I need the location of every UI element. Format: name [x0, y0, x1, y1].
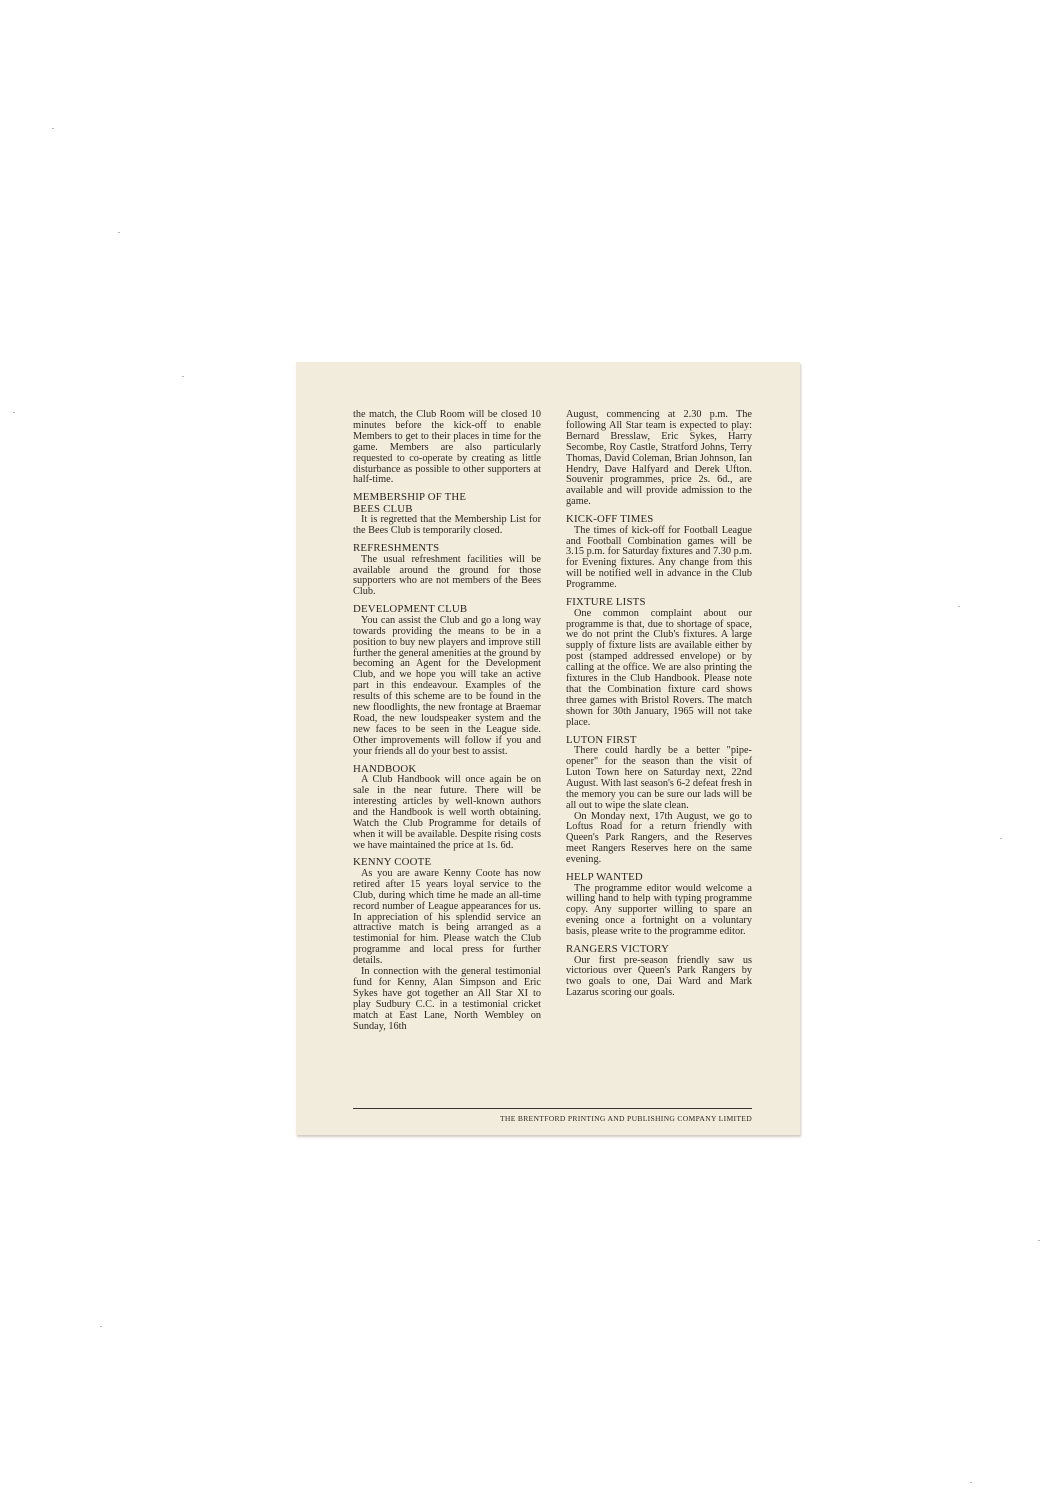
section-heading: HELP WANTED — [566, 872, 752, 884]
section-kick-off-times: KICK-OFF TIMES The times of kick-off for… — [566, 514, 752, 591]
dust-speck — [970, 1482, 972, 1483]
section-heading: FIXTURE LISTS — [566, 597, 752, 609]
section-paragraph: The programme editor would welcome a wil… — [566, 884, 752, 939]
section-paragraph: On Monday next, 17th August, we go to Lo… — [566, 812, 752, 867]
section-handbook: HANDBOOK A Club Handbook will once again… — [353, 764, 541, 852]
section-membership: MEMBERSHIP OF THE BEES CLUB It is regret… — [353, 492, 541, 537]
left-column: the match, the Club Room will be closed … — [353, 410, 541, 1033]
section-paragraph: As you are aware Kenny Coote has now ret… — [353, 869, 541, 967]
section-paragraph: There could hardly be a better "pipe-ope… — [566, 746, 752, 811]
dust-speck — [118, 232, 120, 233]
section-heading: KICK-OFF TIMES — [566, 514, 752, 526]
section-help-wanted: HELP WANTED The programme editor would w… — [566, 872, 752, 938]
heading-line: MEMBERSHIP OF THE — [353, 491, 466, 503]
dust-speck — [958, 606, 960, 607]
section-rangers-victory: RANGERS VICTORY Our first pre-season fri… — [566, 944, 752, 999]
dust-speck — [1038, 1240, 1040, 1241]
continued-text: the match, the Club Room will be closed … — [353, 410, 541, 486]
dust-speck — [100, 1326, 102, 1327]
right-column: August, commencing at 2.30 p.m. The foll… — [566, 410, 752, 999]
printer-imprint: THE BRENTFORD PRINTING AND PUBLISHING CO… — [353, 1114, 752, 1123]
section-heading: MEMBERSHIP OF THE BEES CLUB — [353, 492, 541, 515]
section-paragraph: The usual refreshment facilities will be… — [353, 555, 541, 599]
dust-speck — [1000, 838, 1002, 839]
section-kenny-coote: KENNY COOTE As you are aware Kenny Coote… — [353, 857, 541, 1032]
programme-page: the match, the Club Room will be closed … — [296, 362, 800, 1135]
section-refreshments: REFRESHMENTS The usual refreshment facil… — [353, 543, 541, 598]
section-paragraph: It is regretted that the Membership List… — [353, 515, 541, 537]
section-paragraph: In connection with the general testimoni… — [353, 967, 541, 1032]
section-heading: REFRESHMENTS — [353, 543, 541, 555]
heading-line: BEES CLUB — [353, 503, 413, 515]
continued-text: August, commencing at 2.30 p.m. The foll… — [566, 410, 752, 508]
section-luton-first: LUTON FIRST There could hardly be a bett… — [566, 735, 752, 866]
footer-rule — [353, 1108, 752, 1109]
section-heading: RANGERS VICTORY — [566, 944, 752, 956]
section-fixture-lists: FIXTURE LISTS One common complaint about… — [566, 597, 752, 728]
section-paragraph: A Club Handbook will once again be on sa… — [353, 775, 541, 851]
section-development-club: DEVELOPMENT CLUB You can assist the Club… — [353, 604, 541, 757]
dust-speck — [182, 376, 184, 377]
dust-speck — [13, 412, 15, 413]
section-paragraph: The times of kick-off for Football Leagu… — [566, 526, 752, 591]
section-paragraph: Our first pre-season friendly saw us vic… — [566, 956, 752, 1000]
dust-speck — [52, 128, 54, 129]
section-paragraph: One common complaint about our programme… — [566, 609, 752, 729]
section-paragraph: You can assist the Club and go a long wa… — [353, 616, 541, 758]
